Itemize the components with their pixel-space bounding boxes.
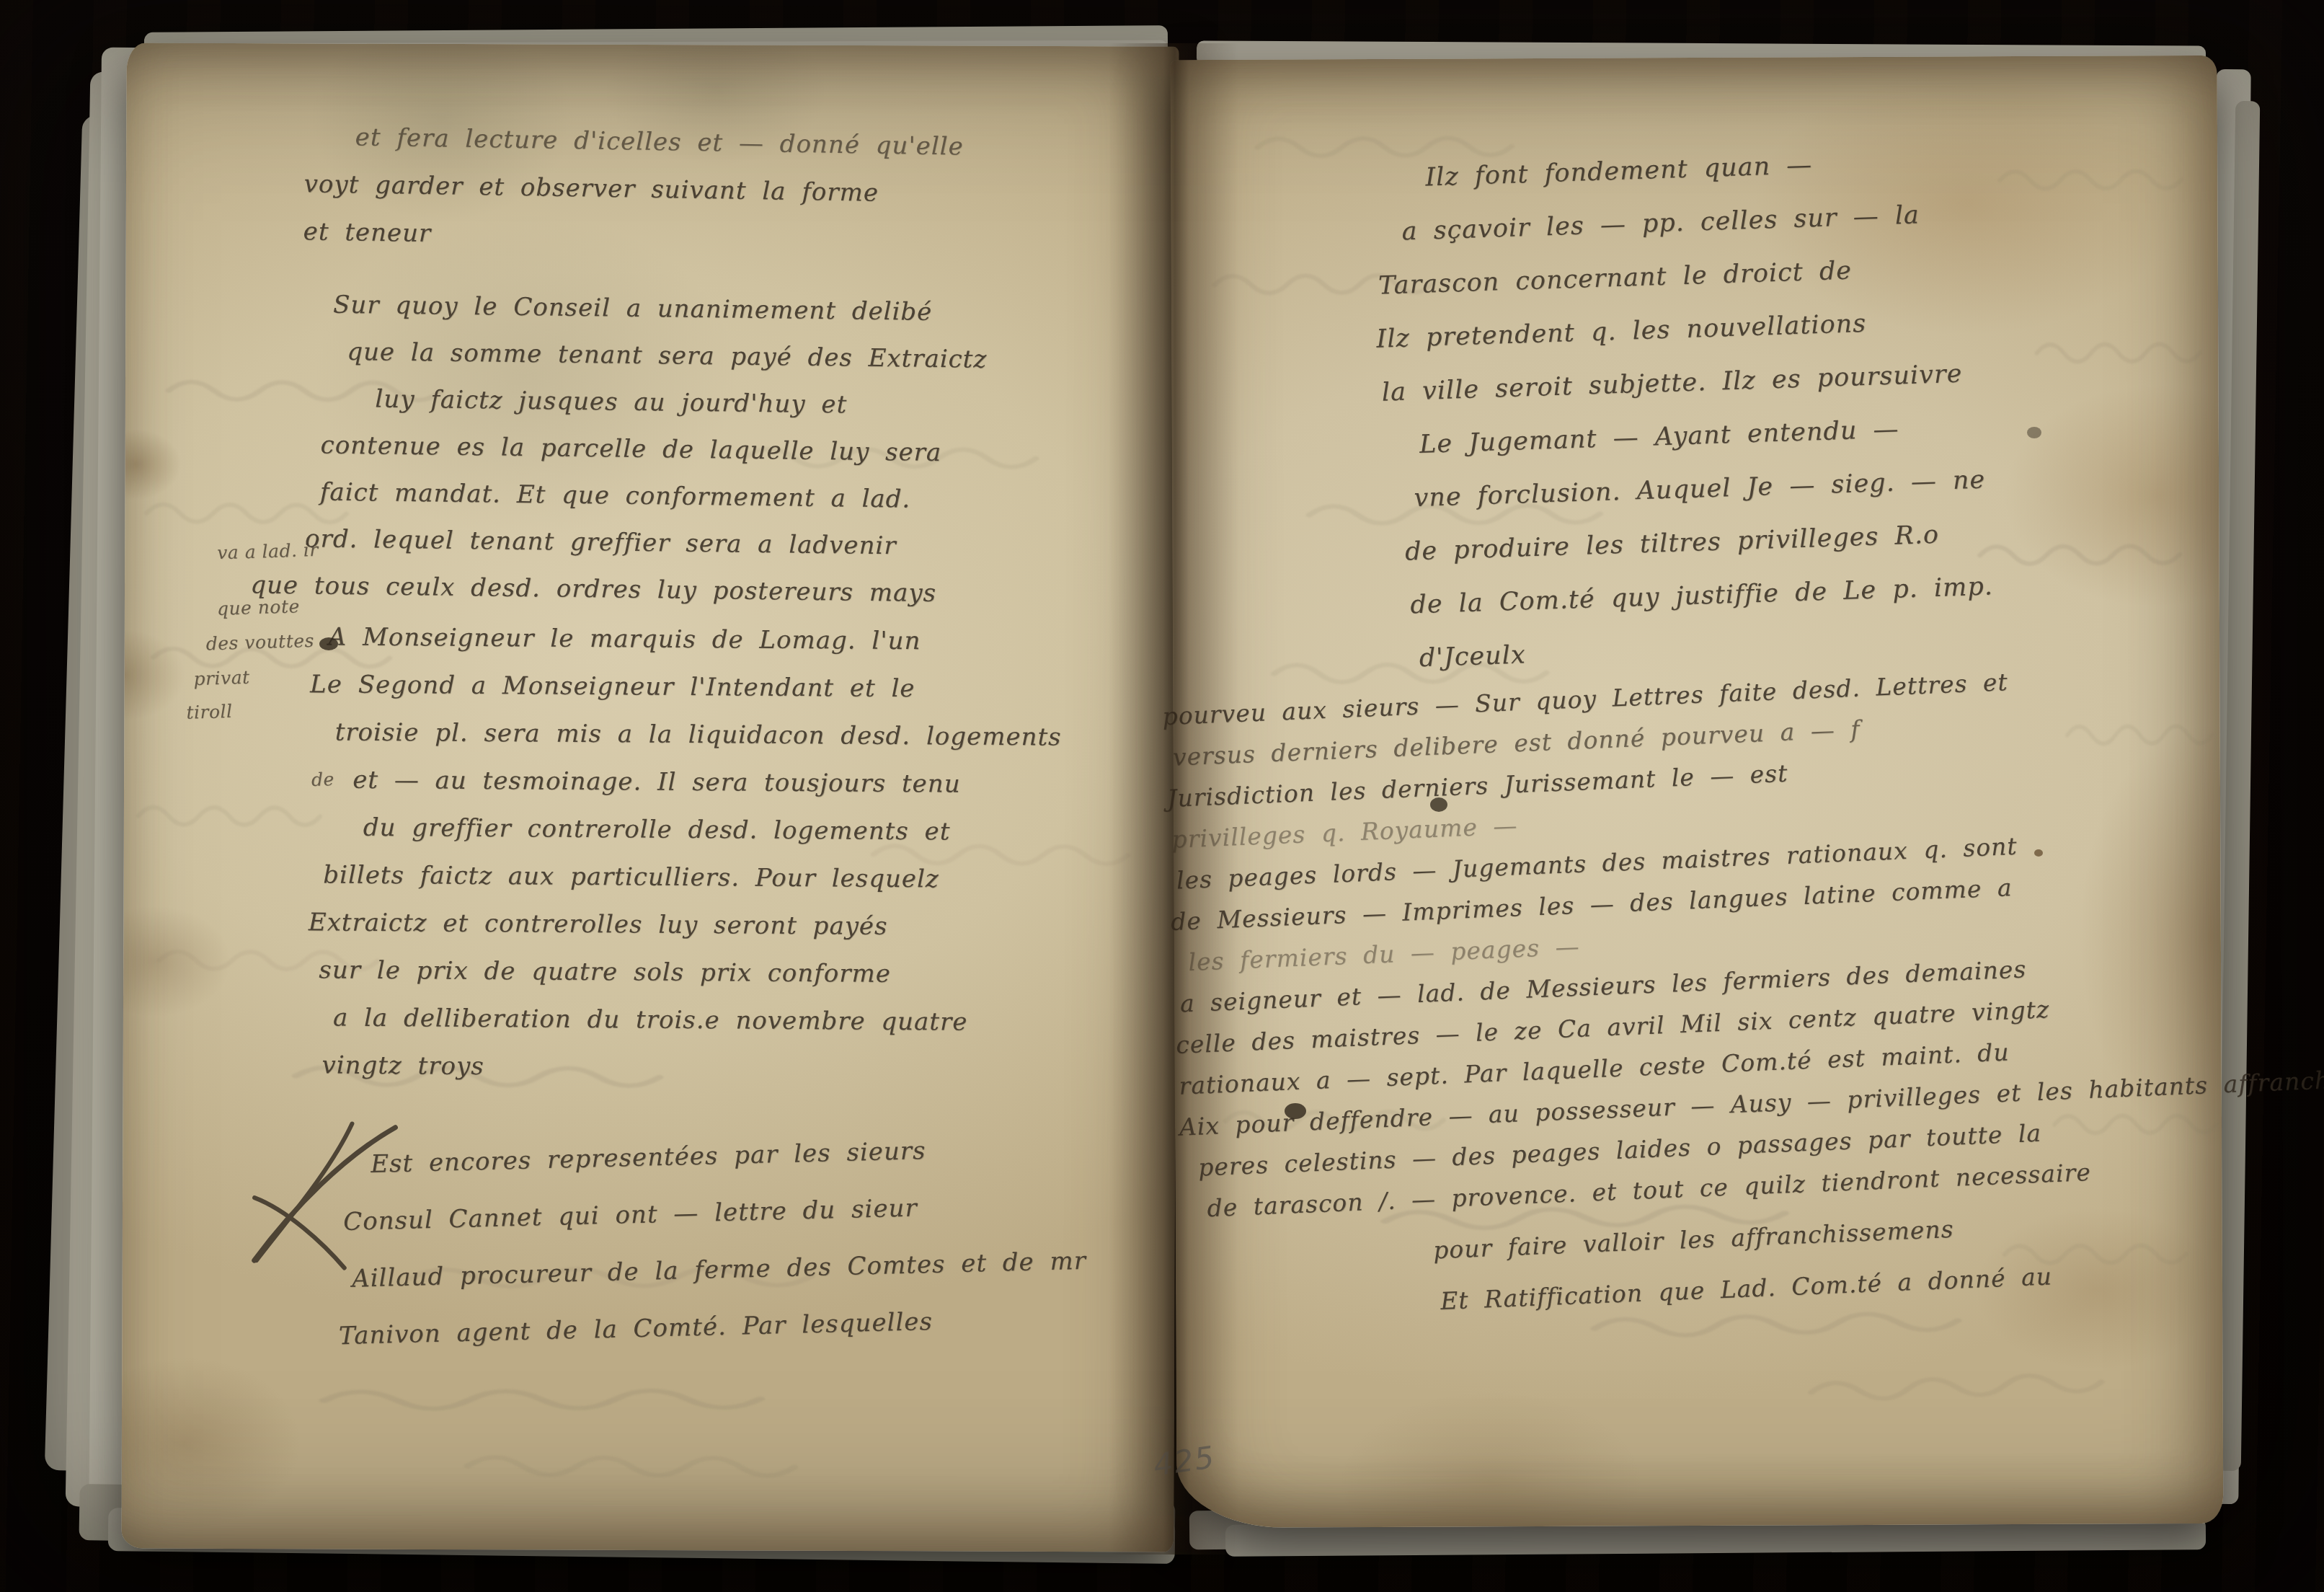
manuscript-line: Extraictz et contrerolles luy seront pay…	[309, 898, 1060, 951]
manuscript-line: et — au tesmoinage. Il sera tousjours te…	[352, 756, 1061, 809]
bleedthrough-squiggle	[1594, 1312, 1958, 1337]
paragraph: pourveu aux sieurs — Sur quoy Lettres fa…	[1161, 647, 2324, 1332]
left-page: et fera lecture d'icelles et — donné qu'…	[121, 43, 1179, 1552]
bleedthrough-squiggle	[2000, 171, 2181, 189]
right-page: Ilz font fondement quan — a sçavoir les …	[1171, 56, 2224, 1528]
manuscript-line: faict mandat. Et que conformement a lad.	[320, 469, 986, 524]
ink-blot	[319, 637, 338, 650]
manuscript-line: luy faictz jusques au jourd'huy et	[375, 376, 987, 430]
margin-note: tiroll	[186, 701, 233, 723]
manuscript-line: billets faictz aux particulliers. Pour l…	[323, 851, 1060, 903]
bleedthrough-squiggle	[324, 1390, 760, 1409]
bleedthrough-squiggle	[2036, 344, 2200, 362]
manuscript-line: a la delliberation du trois.e novembre q…	[333, 994, 1060, 1047]
manuscript-line: Sur quoy le Conseil a unanimement delibé	[333, 282, 988, 337]
manuscript-line: ord. lequel tenant greffier sera a ladve…	[305, 516, 985, 571]
manuscript-line: du greffier contrerolle desd. logements …	[363, 804, 1061, 857]
margin-note: que note	[216, 596, 300, 619]
margin-note: de	[311, 769, 335, 790]
bleedthrough-squiggle	[1980, 546, 2180, 564]
paragraph: Est encores representées par les sieurs …	[301, 1119, 1088, 1366]
ink-blot	[2034, 849, 2043, 857]
manuscript-line: sur le prix de quatre sols prix conforme	[319, 946, 1060, 999]
paragraph: A Monseigneur le marquis de Lomag. l'un …	[307, 613, 1063, 1094]
manuscript-line: que la somme tenant sera payé des Extrai…	[347, 329, 988, 384]
paragraph: Ilz font fondement quan — a sçavoir les …	[1370, 133, 1995, 686]
pen-flourish-mark	[244, 1113, 403, 1279]
ink-blot	[2027, 427, 2041, 438]
ink-blot	[1430, 797, 1447, 812]
manuscript-line: contenue es la parcelle de laquelle luy …	[320, 423, 986, 477]
manuscript-photo: et fera lecture d'icelles et — donné qu'…	[0, 0, 2324, 1592]
manuscript-line: Le Segond a Monseigneur l'Intendant et l…	[310, 660, 1062, 713]
bleedthrough-squiggle	[468, 1457, 795, 1476]
manuscript-line: troisie pl. sera mis a la liquidacon des…	[335, 709, 1062, 761]
bleedthrough-squiggle	[138, 808, 320, 826]
margin-note: des vouttes	[205, 630, 314, 655]
margin-note: va a lad. ir	[217, 539, 319, 563]
bleedthrough-squiggle	[1811, 1373, 2103, 1401]
margin-note: privat	[193, 667, 250, 689]
manuscript-line: vingtz troys	[321, 1041, 1059, 1094]
manuscript-line: et teneur	[303, 208, 962, 265]
manuscript-line: A Monseigneur le marquis de Lomag. l'un	[328, 614, 1062, 666]
manuscript-line: que tous ceulx desd. ordres luy postereu…	[250, 562, 985, 617]
ink-blot	[1285, 1103, 1306, 1119]
paragraph: Sur quoy le Conseil a unanimement delibé…	[304, 281, 988, 617]
paragraph: et fera lecture d'icelles et — donné qu'…	[303, 112, 964, 265]
